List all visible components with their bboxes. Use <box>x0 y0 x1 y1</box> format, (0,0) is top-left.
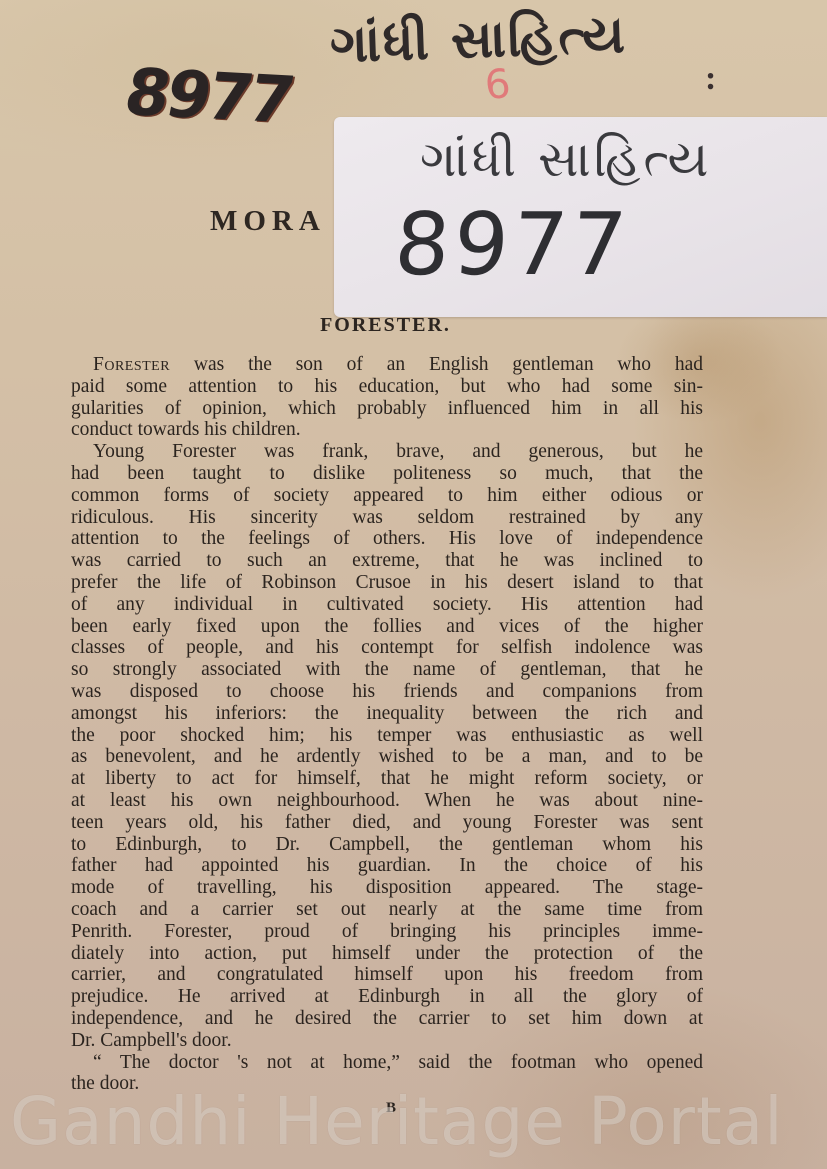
text-line: was disposed to choose his friends and c… <box>71 681 703 703</box>
handwritten-number-annotation: 8977 <box>119 56 298 139</box>
text-line: prefer the life of Robinson Crusoe in hi… <box>71 572 703 594</box>
handwritten-script-annotation: ગાંધી સાહિત્ય <box>329 5 628 76</box>
text-line: the poor shocked him; his temper was ent… <box>71 725 703 747</box>
chapter-title-text: FORESTER. <box>320 314 451 336</box>
text-line: teen years old, his father died, and you… <box>71 812 703 834</box>
red-pencil-mark: 6 <box>483 61 513 109</box>
text-line: common forms of society appeared to him … <box>71 485 703 507</box>
text-line: coach and a carrier set out nearly at th… <box>71 899 703 921</box>
lead-word: Forester <box>93 354 170 375</box>
text-line: amongst his inferiors: the inequality be… <box>71 703 703 725</box>
text-line: Forester was the son of an English gentl… <box>71 354 703 376</box>
watermark: Gandhi Heritage Portal <box>10 1083 820 1160</box>
text-line: independence, and he desired the carrier… <box>71 1008 703 1030</box>
chapter-title: FORESTER. <box>0 314 827 337</box>
text-line: father had appointed his guardian. In th… <box>71 855 703 877</box>
text-line: Penrith. Forester, proud of bringing his… <box>71 921 703 943</box>
sticker-script-text: ગાંધી સાહિત્ય <box>420 130 711 189</box>
text-line: at liberty to act for himself, that he m… <box>71 768 703 790</box>
text-line: conduct towards his children. <box>71 419 703 441</box>
text-line: so strongly associated with the name of … <box>71 659 703 681</box>
text-line: at least his own neighbourhood. When he … <box>71 790 703 812</box>
text-line: been early fixed upon the follies and vi… <box>71 616 703 638</box>
text-line: Dr. Campbell's door. <box>71 1030 703 1052</box>
text-line: paid some attention to his education, bu… <box>71 376 703 398</box>
text-line: of any individual in cultivated society.… <box>71 594 703 616</box>
text-line: ridiculous. His sincerity was seldom res… <box>71 507 703 529</box>
text-line: gularities of opinion, which probably in… <box>71 398 703 420</box>
text-line: “ The doctor 's not at home,” said the f… <box>71 1052 703 1074</box>
text-line: classes of people, and his contempt for … <box>71 637 703 659</box>
text-line-content: was the son of an English gentleman who … <box>170 354 703 375</box>
sticker-catalog-number: 8977 <box>392 195 634 295</box>
text-line: as benevolent, and he ardently wished to… <box>71 746 703 768</box>
text-line: to Edinburgh, to Dr. Campbell, the gentl… <box>71 834 703 856</box>
text-line: attention to the feelings of others. His… <box>71 528 703 550</box>
text-line: was carried to such an extreme, that he … <box>71 550 703 572</box>
body-text: Forester was the son of an English gentl… <box>71 354 703 1095</box>
text-line: carrier, and congratulated himself upon … <box>71 964 703 986</box>
text-line: had been taught to dislike politeness so… <box>71 463 703 485</box>
text-line: Young Forester was frank, brave, and gen… <box>71 441 703 463</box>
text-line: prejudice. He arrived at Edinburgh in al… <box>71 986 703 1008</box>
text-line: mode of travelling, his disposition appe… <box>71 877 703 899</box>
handwritten-colon-mark: : <box>705 60 716 98</box>
text-line: diately into action, put himself under t… <box>71 943 703 965</box>
book-title-partial: MORA <box>210 205 326 238</box>
scanned-page: ગાંધી સાહિત્ય 8977 6 : MORA ગાંધી સાહિત્… <box>0 0 827 1169</box>
